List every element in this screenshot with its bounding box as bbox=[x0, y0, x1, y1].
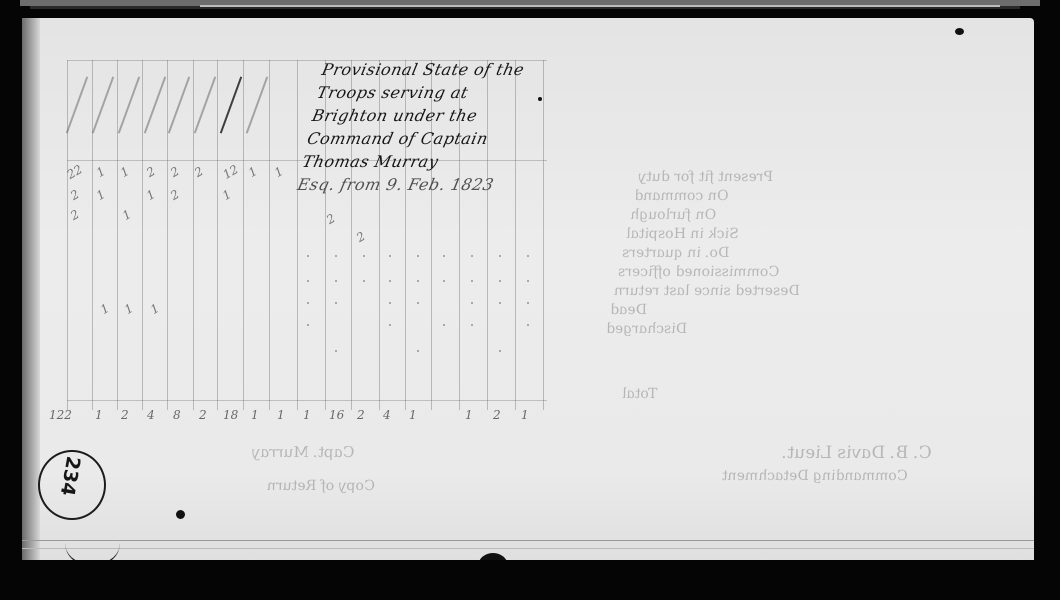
ledger-dot bbox=[363, 280, 365, 282]
ledger-dot bbox=[389, 255, 391, 257]
ledger-column-rule bbox=[193, 60, 194, 410]
bleed-line: Deserted since last return bbox=[612, 282, 1046, 301]
ledger-dot bbox=[417, 350, 419, 352]
ledger-dot bbox=[443, 324, 445, 326]
ledger-column-heading bbox=[125, 75, 133, 145]
heading-line: Esq. from 9. Feb. 1823 bbox=[295, 173, 540, 196]
ledger-dot bbox=[471, 280, 473, 282]
ledger-cell: 2 bbox=[192, 164, 206, 180]
bleed-line: On command bbox=[632, 187, 1060, 206]
ledger-total: 1 bbox=[95, 408, 103, 422]
ledger-total: 8 bbox=[173, 408, 181, 422]
ledger-column-rule bbox=[67, 60, 68, 410]
ledger-dot bbox=[443, 255, 445, 257]
ledger-cell: 12 bbox=[221, 162, 241, 182]
ledger-column-heading bbox=[73, 75, 81, 145]
ledger-cell: 1 bbox=[120, 207, 134, 223]
film-corner bbox=[0, 540, 40, 580]
ledger-dot bbox=[499, 280, 501, 282]
ledger-column-rule bbox=[167, 60, 168, 410]
bleed-through-list: Present fit for duty On command On furlo… bbox=[604, 168, 1060, 339]
ledger-total: 4 bbox=[147, 408, 155, 422]
ledger-dot bbox=[471, 302, 473, 304]
ledger-dot bbox=[363, 255, 365, 257]
ledger-dot bbox=[307, 324, 309, 326]
ledger-cell: 2 bbox=[68, 207, 82, 223]
ledger-cell: 2 bbox=[144, 164, 158, 180]
film-top-highlight bbox=[200, 5, 1000, 7]
ledger-column-rule bbox=[92, 60, 93, 410]
ledger-dot bbox=[499, 255, 501, 257]
ink-spot bbox=[176, 510, 185, 519]
ledger-column-heading bbox=[201, 75, 209, 145]
heading-line: Troops serving at bbox=[315, 81, 560, 104]
bleed-line: Sick in Hospital bbox=[624, 225, 1058, 244]
ink-spot bbox=[538, 97, 542, 101]
film-right-edge bbox=[1034, 18, 1060, 600]
ledger-cell: 2 bbox=[354, 229, 368, 245]
ledger-dot bbox=[335, 302, 337, 304]
bleed-line: Present fit for duty bbox=[636, 168, 1060, 187]
ledger-dot bbox=[389, 324, 391, 326]
film-bottom-edge bbox=[0, 560, 1060, 600]
bleed-line: On furlough bbox=[628, 206, 1060, 225]
ledger-dot bbox=[335, 280, 337, 282]
heading-line: Brighton under the bbox=[310, 104, 555, 127]
ledger-dot bbox=[389, 302, 391, 304]
ledger-dot bbox=[335, 350, 337, 352]
ledger-cell: 1 bbox=[144, 187, 158, 203]
ledger-column-heading bbox=[175, 75, 183, 145]
ledger-total: 1 bbox=[521, 408, 529, 422]
document-heading: Provisional State of the Troops serving … bbox=[295, 58, 564, 196]
heading-line: Provisional State of the bbox=[320, 58, 565, 81]
ledger-dot bbox=[389, 280, 391, 282]
bleed-line: Do. in quarters bbox=[620, 244, 1054, 263]
ledger-column-rule bbox=[269, 60, 270, 410]
ledger-column-rule bbox=[117, 60, 118, 410]
ledger-dot bbox=[471, 324, 473, 326]
bleed-left-note: Copy of Return bbox=[265, 478, 376, 494]
ledger-column-rule bbox=[142, 60, 143, 410]
ledger-dot bbox=[417, 280, 419, 282]
ledger-column-rule bbox=[217, 60, 218, 410]
document-page: 22 1 1 2 2 2 12 1 1 2 1 1 2 1 2 2 1 2 1 … bbox=[22, 18, 1034, 586]
bleed-line: Commissioned officers bbox=[616, 263, 1050, 282]
ledger-column-heading bbox=[99, 75, 107, 145]
bleed-signature-title: Commanding Detachment bbox=[720, 468, 909, 484]
ledger-dot bbox=[471, 255, 473, 257]
ledger-cell: 1 bbox=[246, 164, 260, 180]
ledger-column-heading bbox=[227, 75, 235, 145]
ledger-dot bbox=[499, 302, 501, 304]
ledger-cell: 2 bbox=[168, 187, 182, 203]
ledger-dot bbox=[443, 280, 445, 282]
ledger-total: 2 bbox=[493, 408, 501, 422]
ledger-dot bbox=[527, 280, 529, 282]
ledger-total: 2 bbox=[121, 408, 129, 422]
ledger-dot bbox=[499, 350, 501, 352]
bleed-line: Dead bbox=[608, 301, 1042, 320]
ledger-cell: 1 bbox=[220, 187, 234, 203]
ledger-dot bbox=[527, 255, 529, 257]
page-fold-line bbox=[22, 540, 1034, 541]
bleed-left-note: Capt. Murray bbox=[250, 443, 356, 461]
ledger-dot bbox=[417, 302, 419, 304]
ledger-column-heading bbox=[253, 75, 261, 145]
ledger-column-heading bbox=[151, 75, 159, 145]
ledger-dot bbox=[527, 324, 529, 326]
ledger-total: 1 bbox=[277, 408, 285, 422]
ledger-total: 1 bbox=[409, 408, 417, 422]
ledger-cell: 2 bbox=[324, 211, 338, 227]
ledger-total: 2 bbox=[199, 408, 207, 422]
ledger-total: 1 bbox=[303, 408, 311, 422]
ledger-total: 1 bbox=[251, 408, 259, 422]
ledger-column-rule bbox=[243, 60, 244, 410]
ledger-cell: 1 bbox=[94, 164, 108, 180]
ledger-cell: 1 bbox=[94, 187, 108, 203]
ledger-dot bbox=[335, 255, 337, 257]
bleed-line: Discharged bbox=[604, 320, 1038, 339]
ledger-total: 16 bbox=[329, 408, 344, 422]
ledger-column-rule bbox=[297, 60, 298, 410]
ledger-cell: 1 bbox=[118, 164, 132, 180]
ledger-dot bbox=[307, 280, 309, 282]
ledger-cell: 1 bbox=[122, 301, 136, 317]
bleed-signature: C. B. Davis Lieut. bbox=[780, 443, 934, 463]
ledger-dot bbox=[307, 302, 309, 304]
bleed-total-label: Total bbox=[620, 386, 659, 402]
ledger-dot bbox=[307, 255, 309, 257]
ledger-cell: 2 bbox=[168, 164, 182, 180]
ledger-total: 2 bbox=[357, 408, 365, 422]
ledger-total-rule bbox=[67, 400, 547, 401]
ledger-total: 4 bbox=[383, 408, 391, 422]
ledger-cell: 1 bbox=[98, 301, 112, 317]
page-binding-shadow bbox=[22, 18, 40, 586]
ledger-total: 1 bbox=[465, 408, 473, 422]
ledger-total: 18 bbox=[223, 408, 238, 422]
ledger-dot bbox=[417, 255, 419, 257]
heading-line: Thomas Murray bbox=[300, 150, 545, 173]
page-fold-line bbox=[22, 548, 1034, 549]
ledger-total: 122 bbox=[49, 408, 72, 422]
heading-line: Command of Captain bbox=[305, 127, 550, 150]
ink-spot bbox=[955, 28, 964, 35]
ledger-cell: 2 bbox=[68, 187, 82, 203]
ledger-cell: 1 bbox=[148, 301, 162, 317]
ledger-dot bbox=[527, 302, 529, 304]
ledger-cell: 1 bbox=[272, 164, 286, 180]
